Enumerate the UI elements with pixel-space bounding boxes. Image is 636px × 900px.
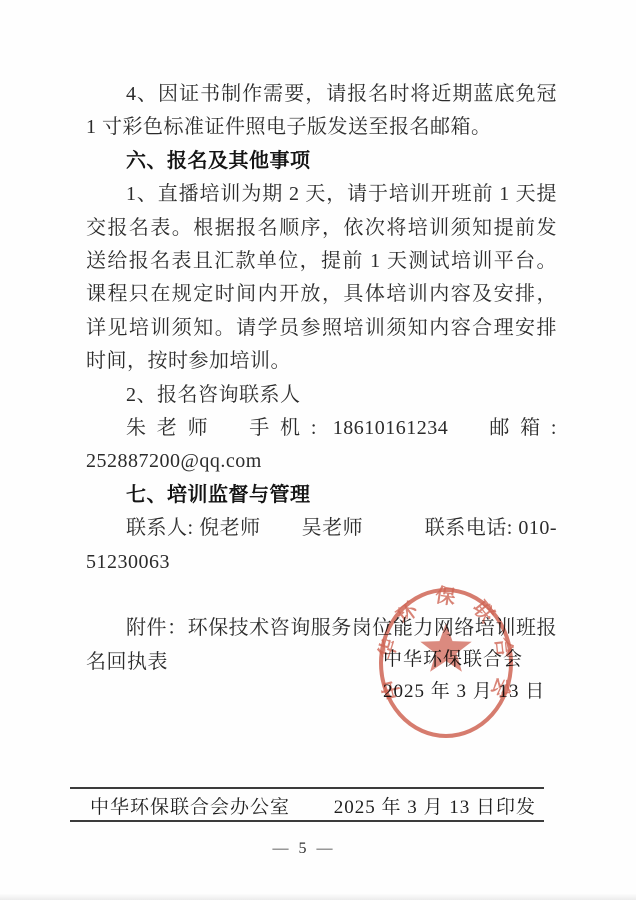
footer-row: 中华环保联合会办公室 2025 年 3 月 13 日印发 (70, 792, 544, 819)
section-heading-7: 七、培训监督与管理 (86, 479, 557, 512)
page-number: — 5 — (0, 840, 622, 858)
footer-rule-bottom (70, 820, 544, 822)
supervision-contact-line: 联系人: 倪老师 吴老师 联系电话: 010-51230063 (86, 512, 557, 579)
paragraph-registration-contact-title: 2、报名咨询联系人 (86, 379, 557, 412)
seal-star-icon (420, 623, 471, 672)
official-seal-stamp-icon: 中华环保联合会 (372, 580, 520, 746)
paragraph-certificate-photo: 4、因证书制作需要，请报名时将近期蓝底免冠 1 寸彩色标准证件照电子版发送至报名… (86, 78, 557, 145)
paragraph-live-training: 1、直播培训为期 2 天，请于培训开班前 1 天提交报名表。根据报名顺序，依次将… (86, 178, 557, 378)
section-heading-6: 六、报名及其他事项 (86, 145, 557, 178)
footer-print-date: 2025 年 3 月 13 日印发 (334, 792, 536, 819)
document-page: 4、因证书制作需要，请报名时将近期蓝底免冠 1 寸彩色标准证件照电子版发送至报名… (0, 0, 636, 900)
footer-rule-top (70, 787, 544, 789)
scan-edge-shadow (0, 893, 636, 900)
footer-issuing-office: 中华环保联合会办公室 (90, 792, 290, 819)
registration-contact-line: 朱老师 手机: 18610161234 邮箱: 252887200@qq.com (86, 412, 557, 479)
